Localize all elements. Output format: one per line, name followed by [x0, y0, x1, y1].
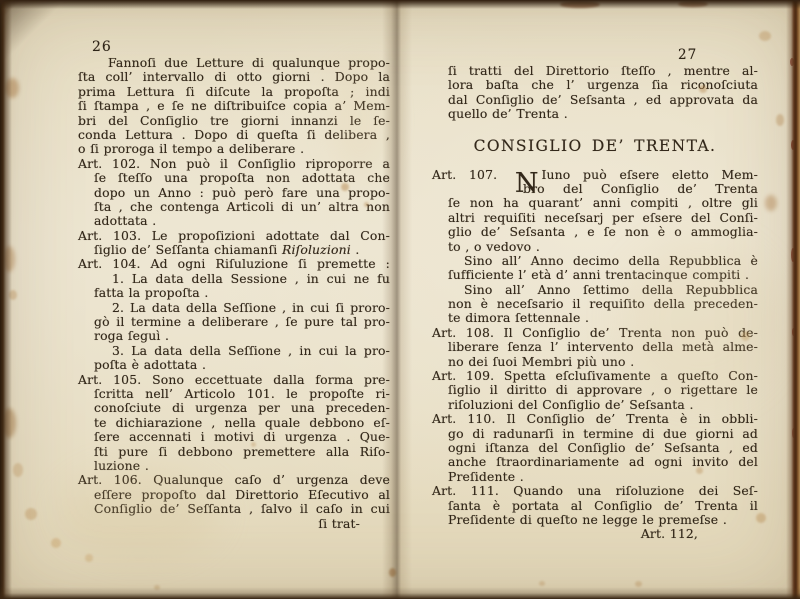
text-line: prima Lettura ſi diſcute la propoſta ; i…	[78, 85, 390, 99]
text-line: ſanta è portata al Conſiglio de’ Trenta …	[448, 499, 758, 513]
text-line: glio de’ Seſsanta , e ſe non è o ammogli…	[448, 225, 758, 239]
text-line: Art. 102. Non può il Conſiglio riproporr…	[78, 157, 390, 171]
right-page-text-column: ſi tratti del Direttorio ſteſſo , mentre…	[432, 64, 758, 542]
page-edge-bottom	[0, 587, 800, 599]
text-line: bri del Conſiglio tre giorni innanzi le …	[78, 114, 390, 128]
text-line: te dimora ſettennale .	[448, 311, 758, 325]
text-line: gò il termine a deliberare , ſe pure tal…	[94, 315, 390, 329]
text-line: fatta la propoſta .	[94, 286, 390, 300]
text-line: Art. 109. Spetta eſcluſivamente a queſto…	[432, 369, 758, 383]
section-heading: CONSIGLIO DE’ TRENTA.	[432, 137, 758, 156]
text-line: 2. La data della Seſſione , in cui ſi pr…	[112, 301, 390, 315]
stain	[759, 31, 771, 41]
text-line: anche ſtraordinariamente ad ogni invito …	[448, 455, 758, 469]
text-line: ſcritta nell’ Articolo 101. le propoſte …	[94, 387, 390, 401]
catchword: Art. 112,	[432, 527, 758, 541]
text-line: ſufficiente l’ età d’ anni trentacinque …	[448, 268, 758, 282]
stain	[539, 581, 545, 586]
text-line: roga ſeguì .	[94, 329, 390, 343]
text-line: Conſiglio de’ Seſſanta , ſalvo il caſo i…	[94, 502, 390, 516]
text-line: riſoluzioni del Conſiglio de’ Seſsanta .	[448, 398, 758, 412]
text-line: Art. 105. Sono eccettuate dalla forma pr…	[78, 373, 390, 387]
text-line: ogni iſtanza del Conſiglio de’ Seſsanta …	[448, 441, 758, 455]
text-line: Art. 103. Le propoſizioni adottate dal C…	[78, 229, 390, 243]
text-line: no dei ſuoi Membri più uno .	[448, 355, 758, 369]
text-line: Art. 104. Ad ogni Riſuluzione ſi premett…	[78, 257, 390, 271]
text-line: ſe ſteſſo una propoſta non adottata che	[94, 171, 390, 185]
text-line: go di radunarſi in termine di due giorni…	[448, 427, 758, 441]
text-line: o ſi proroga il tempo a deliberare .	[78, 142, 390, 156]
stain	[85, 554, 93, 562]
text-line: ſiglio il diritto di approvare , o riget…	[448, 383, 758, 397]
text-line: ſere accennati i motivi di urgenza . Que…	[94, 430, 390, 444]
stain	[25, 508, 37, 520]
text-line: conoſciute di urgenza per una preceden-	[94, 401, 390, 415]
text-line: poſta è adottata .	[94, 358, 390, 372]
italic-term: Riſoluzioni	[282, 242, 351, 257]
text-line: ſi tratti del Direttorio ſteſſo , mentre…	[448, 64, 758, 78]
page-edge-right	[786, 0, 800, 599]
text-line: Fannoſi due Letture di qualunque propo-	[78, 56, 390, 70]
text-line: luzione .	[94, 459, 390, 473]
text-line: Art. 111. Quando una riſoluzione dei Seſ…	[432, 484, 758, 498]
stain	[776, 114, 784, 126]
article-label: Art. 107.	[432, 167, 510, 182]
stain	[765, 195, 777, 211]
text-line: liberare ſenza l’ intervento della metà …	[448, 340, 758, 354]
page-number-right: 27	[678, 47, 697, 63]
text-line: ſti pure ſi debbono premettere alla Riſo…	[94, 445, 390, 459]
text-line: conda Lettura . Dopo di queſta ſi delibe…	[78, 128, 390, 142]
text-line: Art. 108. Il Conſiglio de’ Trenta non pu…	[432, 326, 758, 340]
page-number-left: 26	[92, 39, 112, 55]
book-spread: 26 27 Fannoſi due Letture di qualunque p…	[0, 0, 800, 599]
left-page-text-column: Fannoſi due Letture di qualunque propo-ſ…	[78, 56, 390, 531]
text-line: Sino all’ Anno ſettimo della Repubblica	[448, 283, 758, 297]
text-line: ſe non ha quarant’ anni compiti , oltre …	[448, 196, 758, 210]
text-line: bro del Conſiglio de’ Trenta	[523, 182, 758, 196]
text-line: dal Conſiglio de’ Seſsanta , ed approvat…	[448, 93, 758, 107]
catchword: ſi trat-	[78, 517, 390, 531]
text-line: quello de’ Trenta .	[448, 107, 758, 121]
text-line: eſſere propoſto dal Direttorio Eſecutivo…	[94, 488, 390, 502]
text-line: altri requiſiti neceſsarj per eſsere del…	[448, 211, 758, 225]
text-line: Preſidente .	[448, 470, 758, 484]
page-edge-left	[0, 0, 12, 599]
text-line: dopo un Anno : può però fare una propo-	[94, 186, 390, 200]
text-line: ſta , che contenga Articoli di un’ altra…	[94, 200, 390, 214]
text-line: 1. La data della Sessione , in cui ne fu	[112, 272, 390, 286]
stain	[13, 463, 23, 477]
text-line: to , o vedovo .	[448, 240, 758, 254]
text-line: Art. 110. Il Conſiglio de’ Trenta è in o…	[432, 412, 758, 426]
text-line: ſi ſtampa , e ſe ne diſtribuiſce copia a…	[78, 99, 390, 113]
text-line: lora baſta che l’ urgenza ſia riconoſciu…	[448, 78, 758, 92]
text-line: te dichiarazione , nella quale debbono e…	[94, 416, 390, 430]
text-line: Art. 106. Qualunque caſo d’ urgenza deve	[78, 473, 390, 487]
stain	[51, 538, 61, 548]
page-edge-top	[0, 0, 800, 9]
text-line: adottata .	[94, 214, 390, 228]
text-line: Art. 107. NIuno può eſsere eletto Mem-	[432, 168, 758, 182]
text-line: non è neceſsario il requiſito della prec…	[448, 297, 758, 311]
text-line: Sino all’ Anno decimo della Repubblica è	[448, 254, 758, 268]
text-line: ſiglio de’ Seſſanta chiamanſi Riſoluzion…	[94, 243, 390, 257]
text-line: 3. La data della Seſſione , in cui la pr…	[112, 344, 390, 358]
text-line: ſta coll’ intervallo di otto giorni . Do…	[78, 70, 390, 84]
text-line: Preſidente di queſto ne legge le premeſs…	[448, 513, 758, 527]
